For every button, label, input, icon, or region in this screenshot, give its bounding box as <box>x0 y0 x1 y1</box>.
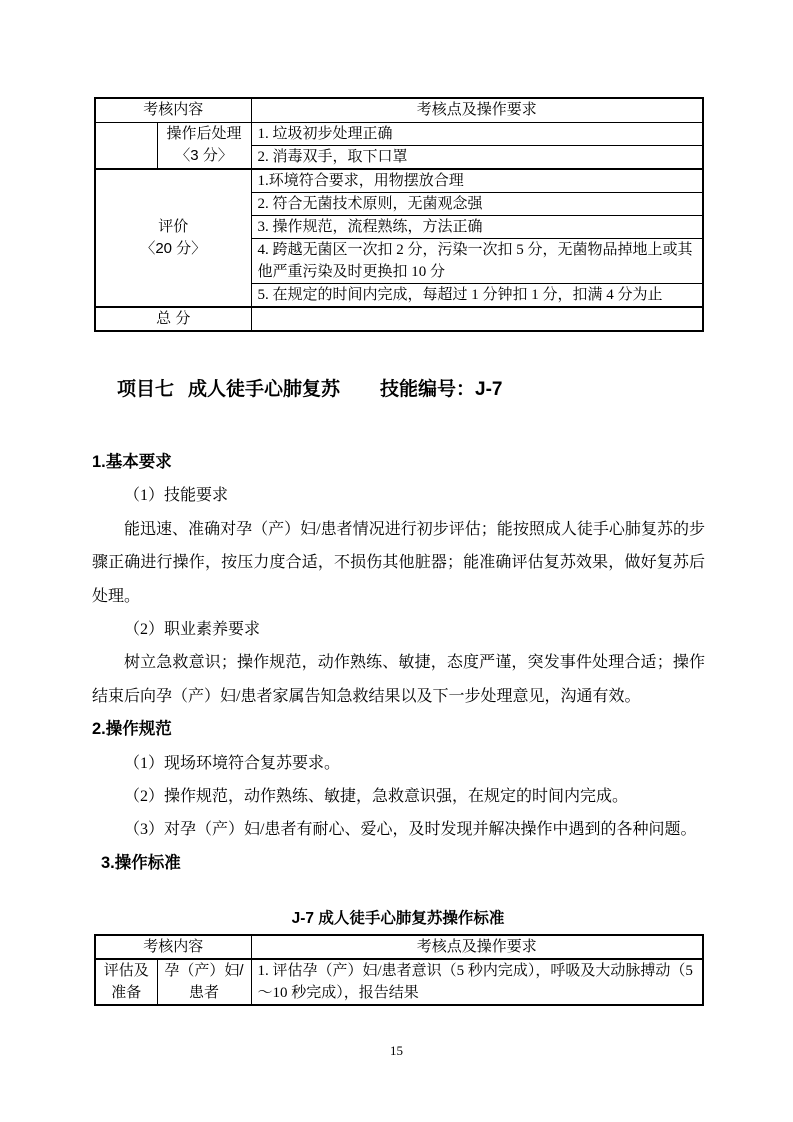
top-table-header-content: 考核内容 <box>95 98 251 122</box>
document-page: 考核内容 考核点及操作要求 操作后处理 〈3 分〉 1. 垃圾初步处理正确 2.… <box>0 0 793 1122</box>
evaluation-item: 4. 跨越无菌区一次扣 2 分，污染一次扣 5 分，无菌物品掉地上或其他严重污染… <box>251 238 703 283</box>
section-title-name: 成人徒手心肺复苏 <box>188 379 340 400</box>
category-empty-cell <box>95 122 157 169</box>
paragraph-skill: 能迅速、准确对孕（产）妇/患者情况进行初步评估；能按照成人徒手心肺复苏的步骤正确… <box>92 513 705 613</box>
heading-operation-standard: 2.操作规范 <box>92 713 705 746</box>
post-op-item: 2. 消毒双手，取下口罩 <box>251 145 703 169</box>
operation-item: （2）操作规范，动作熟练、敏捷，急救意识强，在规定的时间内完成。 <box>92 780 705 813</box>
section-title: 项目七成人徒手心肺复苏技能编号：J-7 <box>117 377 757 403</box>
top-table-header-points: 考核点及操作要求 <box>251 98 703 122</box>
post-op-label-cell: 操作后处理 〈3 分〉 <box>157 122 251 169</box>
evaluation-label: 评价 <box>102 216 245 238</box>
operation-item: （3）对孕（产）妇/患者有耐心、爱心，及时发现并解决操作中遇到的各种问题。 <box>92 813 705 846</box>
evaluation-label-cell: 评价 〈20 分〉 <box>95 169 251 307</box>
assessment-category-cell: 评估及准备 <box>95 959 157 1005</box>
page-number: 15 <box>0 1043 793 1059</box>
post-op-score: 〈3 分〉 <box>164 145 245 167</box>
paragraph-professional: 树立急救意识；操作规范，动作熟练、敏捷，态度严谨，突发事件处理合适；操作结束后向… <box>92 646 705 713</box>
total-score-label: 总 分 <box>95 307 251 331</box>
bottom-table-caption: J-7 成人徒手心肺复苏操作标准 <box>94 906 702 928</box>
assessment-table-top: 考核内容 考核点及操作要求 操作后处理 〈3 分〉 1. 垃圾初步处理正确 2.… <box>94 97 704 332</box>
subheading-professional-requirements: （2）职业素养要求 <box>92 613 705 646</box>
subheading-skill-requirements: （1）技能要求 <box>92 479 705 512</box>
assessment-subject-cell: 孕（产）妇/患者 <box>157 959 251 1005</box>
post-op-item: 1. 垃圾初步处理正确 <box>251 122 703 145</box>
post-op-label: 操作后处理 <box>164 123 245 145</box>
section-title-project: 项目七 <box>117 379 174 400</box>
operation-item: （1）现场环境符合复苏要求。 <box>92 747 705 780</box>
heading-operation-criteria: 3.操作标准 <box>101 847 705 880</box>
evaluation-item: 2. 符合无菌技术原则，无菌观念强 <box>251 192 703 215</box>
evaluation-item: 3. 操作规范，流程熟练，方法正确 <box>251 215 703 238</box>
evaluation-score: 〈20 分〉 <box>102 238 245 260</box>
assessment-table-bottom: 考核内容 考核点及操作要求 评估及准备 孕（产）妇/患者 1. 评估孕（产）妇/… <box>94 934 704 1006</box>
bottom-table-header-content: 考核内容 <box>95 935 251 959</box>
evaluation-item: 5. 在规定的时间内完成，每超过 1 分钟扣 1 分，扣满 4 分为止 <box>251 283 703 307</box>
evaluation-item: 1.环境符合要求，用物摆放合理 <box>251 169 703 193</box>
heading-basic-requirements: 1.基本要求 <box>92 446 705 479</box>
body-text: 1.基本要求 （1）技能要求 能迅速、准确对孕（产）妇/患者情况进行初步评估；能… <box>92 446 705 880</box>
assessment-points-cell: 1. 评估孕（产）妇/患者意识（5 秒内完成），呼吸及大动脉搏动（5～10 秒完… <box>251 959 703 1005</box>
total-score-value <box>251 307 703 331</box>
section-title-code: 技能编号：J-7 <box>380 379 502 400</box>
bottom-table-header-points: 考核点及操作要求 <box>251 935 703 959</box>
